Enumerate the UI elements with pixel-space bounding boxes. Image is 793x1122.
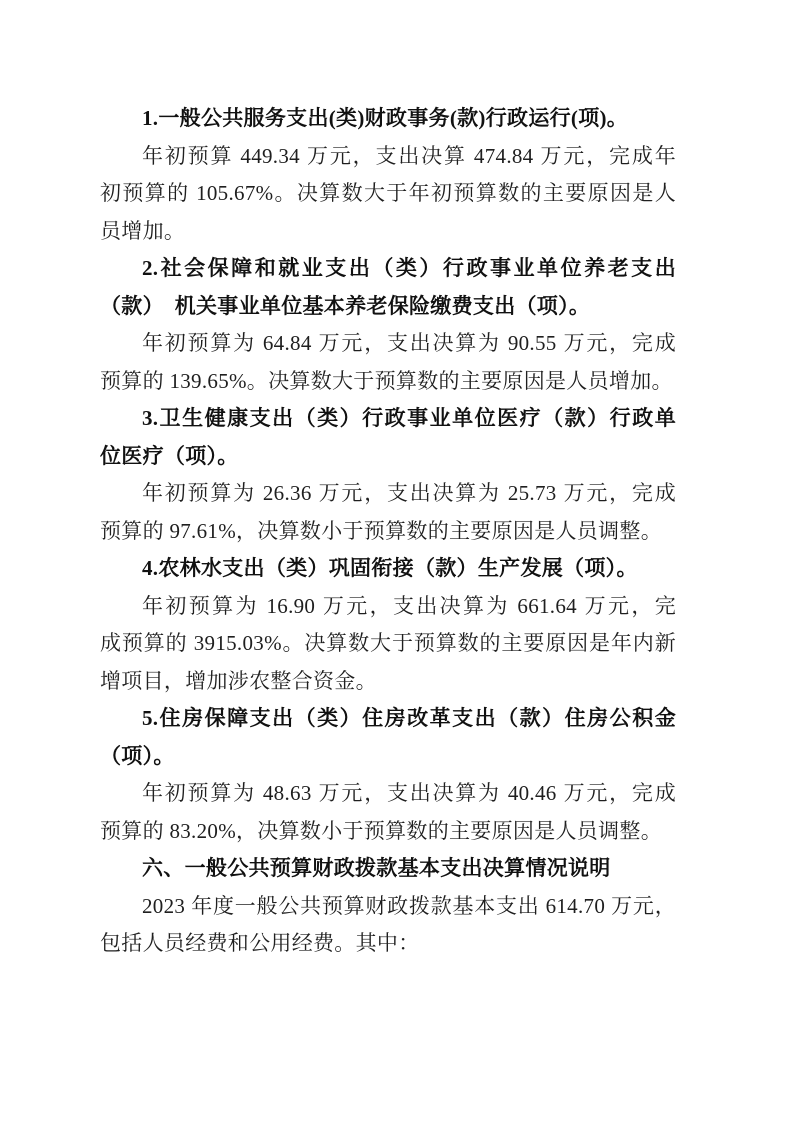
item-1-heading: 1.一般公共服务支出(类)财政事务(款)行政运行(项)。 <box>100 100 676 138</box>
text-line: 预算的 139.65%。决算数大于预算数的主要原因是人员增加。 <box>100 363 676 401</box>
item-3-heading: 3.卫生健康支出（类）行政事业单位医疗（款）行政单位医疗（项）。 <box>100 400 676 475</box>
text-line: 5.住房保障支出（类）住房改革支出（款）住房公积金 <box>100 700 676 738</box>
text-line: 年初预算为 48.63 万元，支出决算为 40.46 万元，完成 <box>100 775 676 813</box>
text-line: 成预算的 3915.03%。决算数大于预算数的主要原因是年内新 <box>100 625 676 663</box>
item-4-heading: 4.农林水支出（类）巩固衔接（款）生产发展（项）。 <box>100 550 676 588</box>
item-2-heading: 2.社会保障和就业支出（类）行政事业单位养老支出（款） 机关事业单位基本养老保险… <box>100 250 676 325</box>
document-body: 1.一般公共服务支出(类)财政事务(款)行政运行(项)。年初预算 449.34 … <box>100 100 676 963</box>
text-line: 2023 年度一般公共预算财政拨款基本支出 614.70 万元， <box>100 888 676 926</box>
text-line: 年初预算为 26.36 万元，支出决算为 25.73 万元，完成 <box>100 475 676 513</box>
text-line: 4.农林水支出（类）巩固衔接（款）生产发展（项）。 <box>100 550 676 588</box>
text-line: 员增加。 <box>100 213 676 251</box>
text-line: 2.社会保障和就业支出（类）行政事业单位养老支出 <box>100 250 676 288</box>
item-3-body: 年初预算为 26.36 万元，支出决算为 25.73 万元，完成预算的 97.6… <box>100 475 676 550</box>
section-6-heading: 六、一般公共预算财政拨款基本支出决算情况说明 <box>100 850 676 888</box>
item-5-heading: 5.住房保障支出（类）住房改革支出（款）住房公积金（项）。 <box>100 700 676 775</box>
text-line: 包括人员经费和公用经费。其中： <box>100 925 676 963</box>
item-1-body: 年初预算 449.34 万元，支出决算 474.84 万元，完成年初预算的 10… <box>100 138 676 251</box>
document-page: 1.一般公共服务支出(类)财政事务(款)行政运行(项)。年初预算 449.34 … <box>0 0 793 1122</box>
text-line: （款） 机关事业单位基本养老保险缴费支出（项）。 <box>100 288 676 326</box>
section-6-body: 2023 年度一般公共预算财政拨款基本支出 614.70 万元，包括人员经费和公… <box>100 888 676 963</box>
text-line: 六、一般公共预算财政拨款基本支出决算情况说明 <box>100 850 676 888</box>
text-line: 年初预算 449.34 万元，支出决算 474.84 万元，完成年 <box>100 138 676 176</box>
text-line: 初预算的 105.67%。决算数大于年初预算数的主要原因是人 <box>100 175 676 213</box>
text-line: 1.一般公共服务支出(类)财政事务(款)行政运行(项)。 <box>100 100 676 138</box>
text-line: 年初预算为 64.84 万元，支出决算为 90.55 万元，完成 <box>100 325 676 363</box>
item-4-body: 年初预算为 16.90 万元，支出决算为 661.64 万元，完成预算的 391… <box>100 588 676 701</box>
text-line: 预算的 97.61%，决算数小于预算数的主要原因是人员调整。 <box>100 513 676 551</box>
text-line: 年初预算为 16.90 万元，支出决算为 661.64 万元，完 <box>100 588 676 626</box>
text-line: 预算的 83.20%，决算数小于预算数的主要原因是人员调整。 <box>100 813 676 851</box>
text-line: 增项目，增加涉农整合资金。 <box>100 663 676 701</box>
text-line: （项）。 <box>100 738 676 776</box>
item-5-body: 年初预算为 48.63 万元，支出决算为 40.46 万元，完成预算的 83.2… <box>100 775 676 850</box>
text-line: 位医疗（项）。 <box>100 438 676 476</box>
item-2-body: 年初预算为 64.84 万元，支出决算为 90.55 万元，完成预算的 139.… <box>100 325 676 400</box>
text-line: 3.卫生健康支出（类）行政事业单位医疗（款）行政单 <box>100 400 676 438</box>
